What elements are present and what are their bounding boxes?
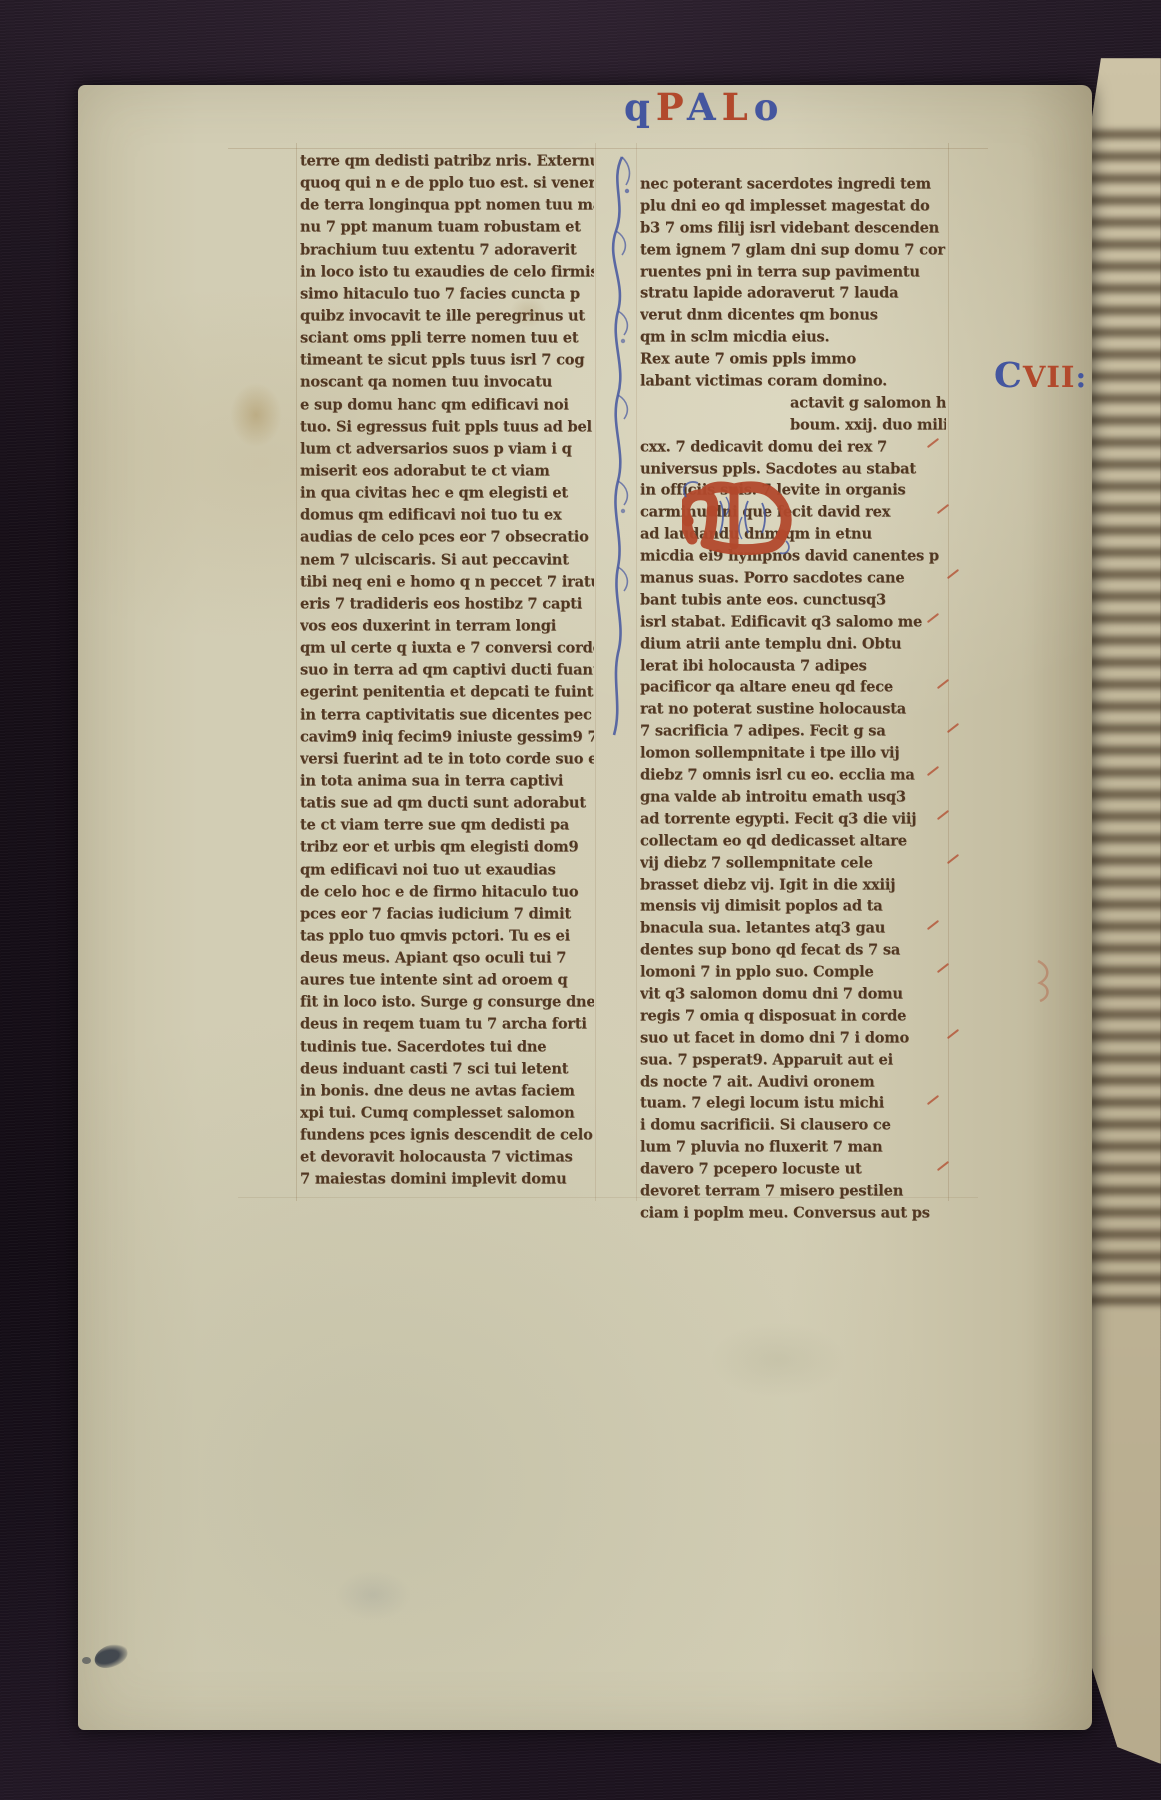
- text-line: nec poterant sacerdotes ingredi tem: [640, 173, 946, 196]
- text-line: deus induant casti 7 sci tui letent: [300, 1058, 594, 1081]
- text-line: qm edificavi noi tuo ut exaudias: [300, 859, 594, 882]
- text-line: manus suas. Porro sacdotes cane: [640, 567, 946, 590]
- text-line: lomon sollempnitate i tpe illo vij: [640, 742, 946, 765]
- text-line: et devoravit holocausta 7 victimas: [300, 1146, 594, 1169]
- right-text-column: nec poterant sacerdotes ingredi templu d…: [640, 173, 946, 1224]
- text-line: suo ut facet in domo dni 7 i domo: [640, 1027, 946, 1050]
- stain: [228, 380, 284, 450]
- text-line: ruentes pni in terra sup pavimentu: [640, 261, 946, 284]
- text-line: dium atrii ante templu dni. Obtu: [640, 633, 946, 656]
- text-line: in bonis. dne deus ne avtas faciem: [300, 1080, 594, 1103]
- chapter-marker: CVII:: [994, 357, 1090, 397]
- text-line: labant victimas coram domino.: [640, 370, 946, 393]
- text-line: in tota anima sua in terra captivi: [300, 770, 594, 793]
- text-line: 7 sacrificia 7 adipes. Fecit g sa: [640, 720, 946, 743]
- text-line: nu 7 ppt manum tuam robustam et: [300, 216, 594, 239]
- text-line: tribz eor et urbis qm elegisti dom9: [300, 836, 594, 859]
- ornamental-letter: :: [1076, 360, 1088, 394]
- text-line: deus in reqem tuam tu 7 archa forti: [300, 1013, 594, 1036]
- text-line: diebz 7 omnis isrl cu eo. ecclia ma: [640, 764, 946, 787]
- text-line: vij diebz 7 sollempnitate cele: [640, 852, 946, 875]
- ruling-line: [228, 148, 988, 149]
- text-line: qm in sclm micdia eius.: [640, 326, 946, 349]
- text-line: tuo. Si egressus fuit ppls tuus ad bel: [300, 416, 594, 439]
- text-line: suo in terra ad qm captivi ducti fuant: [300, 659, 594, 682]
- ornamental-letter: VII: [1023, 360, 1076, 394]
- text-line: lum ct adversarios suos p viam i q: [300, 438, 594, 461]
- text-line: sciant oms ppli terre nomen tuu et: [300, 327, 594, 350]
- text-line: noscant qa nomen tuu invocatu: [300, 371, 594, 394]
- text-line: pacificor qa altare eneu qd fece: [640, 676, 946, 699]
- text-line: b3 7 oms filij isrl videbant descenden: [640, 217, 946, 240]
- text-line: rat no poterat sustine holocausta: [640, 698, 946, 721]
- text-line: devoret terram 7 misero pestilen: [640, 1180, 946, 1203]
- text-line: nem 7 ulciscaris. Si aut peccavint: [300, 549, 594, 572]
- column-filigree-ornament: [592, 151, 638, 741]
- ornamental-letter: A: [687, 85, 722, 129]
- text-line: deus meus. Apiant qso oculi tui 7: [300, 947, 594, 970]
- text-line: Rex aute 7 omis ppls immo: [640, 348, 946, 371]
- text-line: isrl stabat. Edificavit q3 salomo me: [640, 611, 946, 634]
- text-line: tuam. 7 elegi locum istu michi: [640, 1092, 946, 1115]
- text-line: versi fuerint ad te in toto corde suo et: [300, 748, 594, 771]
- text-line: collectam eo qd dedicasset altare: [640, 830, 946, 853]
- text-line: ad torrente egypti. Fecit q3 die viij: [640, 808, 946, 831]
- text-line: fit in loco isto. Surge g consurge dne: [300, 991, 594, 1014]
- text-line: audias de celo pces eor 7 obsecratio: [300, 526, 594, 549]
- text-line: boum. xxij. duo milia. arietu: [790, 414, 946, 437]
- text-line: fundens pces ignis descendit de celo: [300, 1124, 594, 1147]
- text-line: xpi tui. Cumq complesset salomon: [300, 1102, 594, 1125]
- text-line: tudinis tue. Sacerdotes tui dne: [300, 1036, 594, 1059]
- text-line: ds nocte 7 ait. Audivi oronem: [640, 1071, 946, 1094]
- ruling-line: [948, 143, 949, 1201]
- text-line: e sup domu hanc qm edificavi noi: [300, 394, 594, 417]
- text-line: in loco isto tu exaudies de celo firmis: [300, 261, 594, 284]
- text-line: mensis vij dimisit poplos ad ta: [640, 895, 946, 918]
- text-line: tem ignem 7 glam dni sup domu 7 cor: [640, 239, 946, 262]
- text-line: stratu lapide adoraverut 7 lauda: [640, 282, 946, 305]
- text-line: tas pplo tuo qmvis pctori. Tu es ei: [300, 925, 594, 948]
- stain: [698, 1315, 858, 1405]
- text-line: ciam i poplm meu. Conversus aut ps: [640, 1202, 946, 1225]
- text-line: lomoni 7 in pplo suo. Comple: [640, 961, 946, 984]
- text-line: in terra captivitatis sue dicentes pec: [300, 704, 594, 727]
- text-line: i domu sacrificii. Si clausero ce: [640, 1114, 946, 1137]
- text-line: miserit eos adorabut te ct viam: [300, 460, 594, 483]
- margin-correction-mark: [1034, 957, 1056, 1003]
- text-line: verut dnm dicentes qm bonus: [640, 304, 946, 327]
- text-line: in qua civitas hec e qm elegisti et: [300, 482, 594, 505]
- text-line: aures tue intente sint ad oroem q: [300, 969, 594, 992]
- text-line: cxx. 7 dedicavit domu dei rex 7: [640, 436, 946, 459]
- text-line: dentes sup bono qd fecat ds 7 sa: [640, 939, 946, 962]
- text-line: plu dni eo qd implesset magestat do: [640, 195, 946, 218]
- ornamental-letter: o: [754, 85, 785, 129]
- ink-speck: [82, 1657, 91, 1664]
- text-line: de celo hoc e de firmo hitaculo tuo: [300, 881, 594, 904]
- text-line: domus qm edificavi noi tuo tu ex: [300, 504, 594, 527]
- text-line: actavit g salomon hostias: [790, 392, 946, 415]
- text-line: eris 7 tradideris eos hostibz 7 capti: [300, 593, 594, 616]
- text-line: brasset diebz vij. Igit in die xxiij: [640, 874, 946, 897]
- text-line: brachium tuu extentu 7 adoraverit: [300, 239, 594, 262]
- text-line: tatis sue ad qm ducti sunt adorabut: [300, 792, 594, 815]
- ornamental-letter: L: [722, 85, 754, 129]
- text-line: qm ul certe q iuxta e 7 conversi corde: [300, 637, 594, 660]
- ornamental-letter: C: [994, 355, 1023, 396]
- text-line: egerint penitentia et depcati te fuint: [300, 681, 594, 704]
- text-line: quibz invocavit te ille peregrinus ut: [300, 305, 594, 328]
- text-line: de terra longinqua ppt nomen tuu mag: [300, 194, 594, 217]
- text-line: simo hitaculo tuo 7 facies cuncta p: [300, 283, 594, 306]
- text-line: terre qm dedisti patribz nris. Externum: [300, 150, 594, 173]
- text-line: pces eor 7 facias iudicium 7 dimit: [300, 903, 594, 926]
- text-line: 7 maiestas domini implevit domu: [300, 1168, 594, 1191]
- text-line: te ct viam terre sue qm dedisti pa: [300, 814, 594, 837]
- text-line: tibi neq eni e homo q n peccet 7 iratus …: [300, 571, 594, 594]
- text-line: vit q3 salomon domu dni 7 domu: [640, 983, 946, 1006]
- ornamental-letter: q: [624, 85, 656, 129]
- text-line: bnacula sua. letantes atq3 gau: [640, 917, 946, 940]
- text-line: vos eos duxerint in terram longi: [300, 615, 594, 638]
- decorated-initial: [682, 477, 794, 555]
- text-line: lum 7 pluvia no fluxerit 7 man: [640, 1136, 946, 1159]
- text-line: regis 7 omia q disposuat in corde: [640, 1005, 946, 1028]
- text-line: quoq qui n e de pplo tuo est. si venerit: [300, 172, 594, 195]
- text-line: cavim9 iniq fecim9 iniuste gessim9 7 re: [300, 726, 594, 749]
- text-line: bant tubis ante eos. cunctusq3: [640, 589, 946, 612]
- ornamental-letter: P: [656, 85, 687, 129]
- text-line: lerat ibi holocausta 7 adipes: [640, 655, 946, 678]
- manuscript-page: qPALo terre qm dedisti patribz nris. Ext…: [78, 85, 1092, 1730]
- running-title: qPALo: [624, 81, 814, 133]
- stain: [328, 1565, 418, 1625]
- text-line: davero 7 pcepero locuste ut: [640, 1158, 946, 1181]
- ruling-line: [296, 143, 297, 1201]
- initial-m-icon: [682, 477, 794, 555]
- ink-blot: [92, 1641, 131, 1671]
- text-line: timeant te sicut ppls tuus isrl 7 cog: [300, 349, 594, 372]
- text-line: gna valde ab introitu emath usq3: [640, 786, 946, 809]
- left-text-column: terre qm dedisti patribz nris. Externumq…: [300, 150, 594, 1191]
- text-line: sua. 7 psperat9. Apparuit aut ei: [640, 1049, 946, 1072]
